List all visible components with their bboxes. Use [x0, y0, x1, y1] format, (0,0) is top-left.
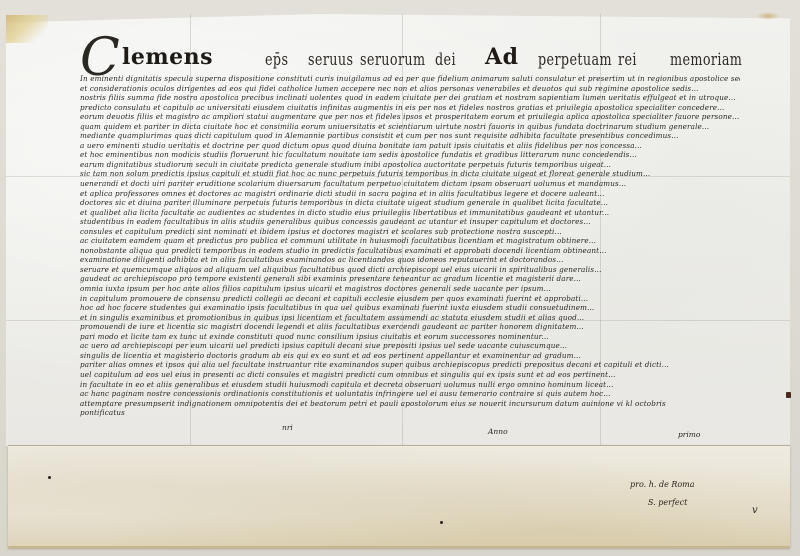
text-line: doctores sic et diuina pariter illuminar… — [80, 198, 740, 208]
text-line: uenerandi et docti uiri pariter eruditio… — [80, 179, 740, 189]
text-line: consules et capitulum predicti sint nomi… — [80, 227, 740, 237]
text-line: hoc ad hoc facere studentes qui examinat… — [80, 303, 740, 313]
header-word: rei — [618, 50, 637, 70]
text-line: examinatione diligenti adhibita et in al… — [80, 255, 740, 265]
closing-anno: Anno — [488, 427, 508, 436]
ink-spot — [440, 521, 443, 524]
text-line: et aplica professores omnes et doctores … — [80, 189, 740, 199]
text-line: pariter alias omnes et ipsos qui alia ue… — [80, 360, 740, 370]
seal-cord-hole — [786, 392, 791, 398]
registry-mark: v — [752, 505, 758, 516]
registry-note: pro. h. de Roma — [630, 480, 695, 489]
text-line: et in singulis examinibus et promotionib… — [80, 313, 740, 323]
text-line: in capitulum promouere de consensu predi… — [80, 294, 740, 304]
text-line: uel capitulum ad eos uel eius in present… — [80, 370, 740, 380]
header-word: seruorum — [360, 50, 425, 70]
text-line: nostris filiis summa fide nostra apostol… — [80, 93, 740, 103]
text-line: a uero eminenti studio ueritatis et doct… — [80, 141, 740, 151]
text-line: eorum deuotis filiis et magistro ac ampl… — [80, 112, 740, 122]
header-word: perpetuam — [538, 50, 612, 70]
header-word: ep̄s — [265, 50, 288, 70]
header-word: Ad — [485, 44, 518, 70]
text-line: ac hanc paginam nostre concessionis ordi… — [80, 389, 740, 399]
closing-primo: primo — [678, 430, 700, 439]
document-body: In eminenti dignitatis specula superna d… — [80, 74, 740, 418]
header-word: memoriam — [670, 50, 742, 70]
text-line: mediante quamplurimas quas dicti capitul… — [80, 131, 740, 141]
text-line: studentibus in eadem facultatibus in ali… — [80, 217, 740, 227]
text-line: omnia iuxta ipsum per hoc ante alios fil… — [80, 284, 740, 294]
header-word: seruus — [308, 50, 353, 70]
corner-stain — [6, 15, 48, 43]
corner-stain-right — [756, 12, 780, 20]
text-line: attemptare presumpserit indignationem om… — [80, 399, 740, 409]
text-line: promouendi de iure et licentia sic magis… — [80, 322, 740, 332]
text-line: et hoc eminentibus non modicis studiis f… — [80, 150, 740, 160]
text-line: singulis de licentia et magisterio docto… — [80, 351, 740, 361]
header-word: dei — [435, 50, 456, 70]
text-line: pari modo et licite tam ex tunc ut exind… — [80, 332, 740, 342]
text-line: ac uero ad archiepiscopi per eum uicarii… — [80, 341, 740, 351]
text-line: ac ciuitatem eamdem quam et predictus pr… — [80, 236, 740, 246]
text-line: gaudeat ac archiepiscopo pro tempore exi… — [80, 274, 740, 284]
text-line: sic tam non solum predictis ipsius capit… — [80, 169, 740, 179]
text-line: pontificatus — [80, 408, 740, 418]
text-line: quam quidem et pariter in dicta ciuitate… — [80, 122, 740, 132]
document-header: C lemens ep̄s seruus seruorum dei Ad per… — [80, 38, 760, 78]
text-line: nonobstante aliqua qua predicti temporib… — [80, 246, 740, 256]
registry-note: S. perfect — [648, 498, 687, 507]
text-line: earum dignitatibus studiorum seculi in c… — [80, 160, 740, 170]
closing-nostri: nri — [282, 423, 293, 432]
text-line: predicto consulatu et capitulo ac univer… — [80, 103, 740, 113]
header-word: lemens — [122, 44, 213, 70]
text-line: in facultate in eo et aliis generalibus … — [80, 380, 740, 390]
text-line: seruare et quemcumque aliquos ad aliquam… — [80, 265, 740, 275]
text-line: et considerationis oculos dirigentes ad … — [80, 84, 740, 94]
text-line: et qualibet alia licita facultate ac aud… — [80, 208, 740, 218]
plica-fold — [8, 445, 790, 548]
ink-spot — [48, 476, 51, 479]
text-line: In eminenti dignitatis specula superna d… — [80, 74, 740, 84]
